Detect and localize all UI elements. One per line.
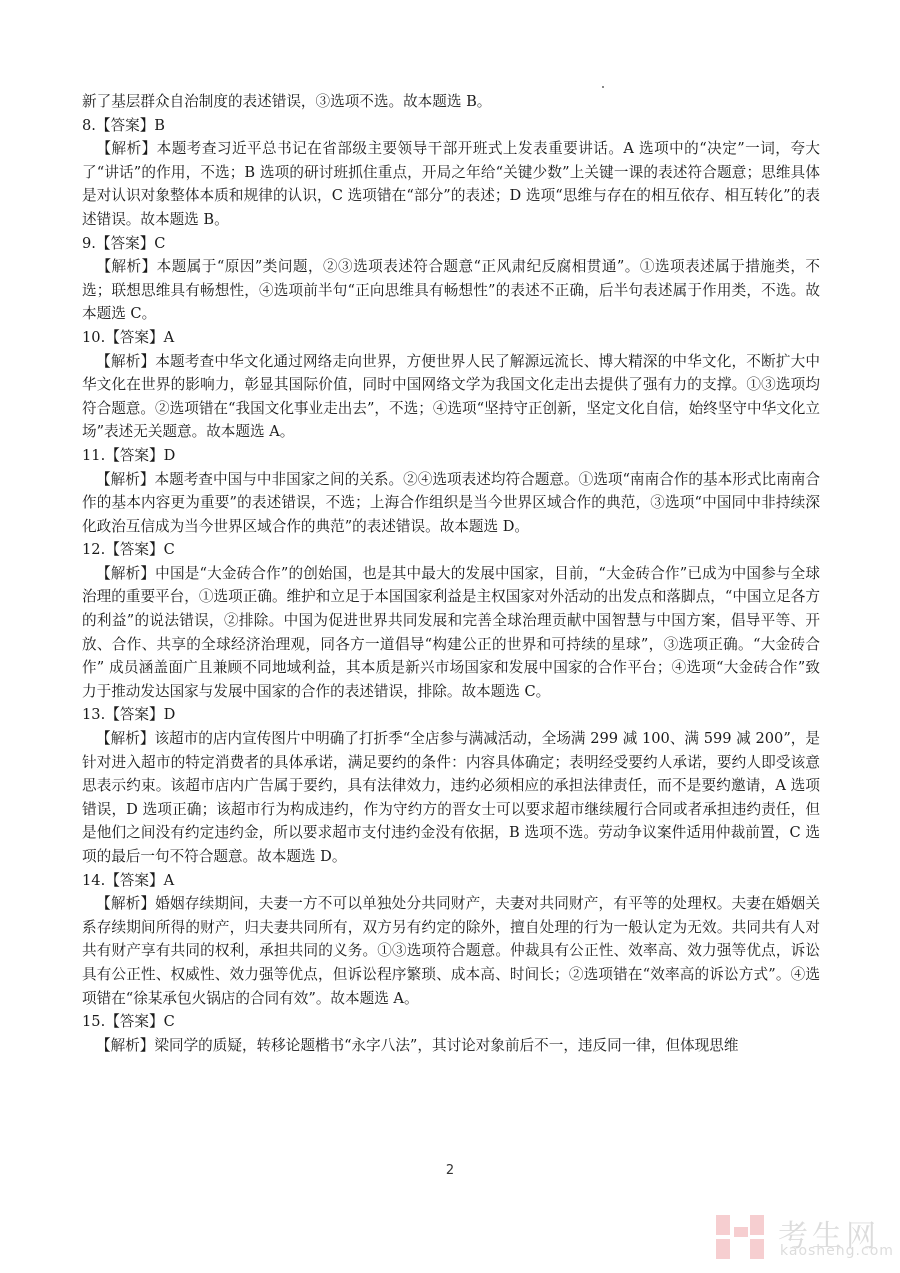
analysis-text: 【解析】本题考查中国与中非国家之间的关系。②④选项表述均符合题意。①选项“南南合… <box>82 468 820 539</box>
answer-label: 12.【答案】C <box>82 538 820 562</box>
intro-line: 新了基层群众自治制度的表述错误，③选项不选。故本题选 B。 <box>82 90 820 114</box>
kaosheng-logo-icon <box>716 1215 764 1259</box>
watermark: 考生网 kaosheng.com <box>712 1215 892 1265</box>
answer-item-13: 13.【答案】D 【解析】该超市的店内宣传图片中明确了打折季“全店参与满减活动，… <box>82 703 820 868</box>
watermark-domain: kaosheng.com <box>780 1243 894 1259</box>
analysis-text: 【解析】中国是“大金砖合作”的创始国，也是其中最大的发展中国家，目前，“大金砖合… <box>82 562 820 704</box>
answer-item-15: 15.【答案】C 【解析】梁同学的质疑，转移论题楷书“永字八法”，其讨论对象前后… <box>82 1010 820 1057</box>
document-body: 新了基层群众自治制度的表述错误，③选项不选。故本题选 B。 8.【答案】B 【解… <box>82 90 820 1057</box>
page-number: 2 <box>0 1163 900 1178</box>
answer-item-10: 10.【答案】A 【解析】本题考查中华文化通过网络走向世界，方便世界人民了解源远… <box>82 326 820 444</box>
answer-item-9: 9.【答案】C 【解析】本题属于“原因”类问题，②③选项表述符合题意“正风肃纪反… <box>82 232 820 326</box>
answer-item-12: 12.【答案】C 【解析】中国是“大金砖合作”的创始国，也是其中最大的发展中国家… <box>82 538 820 703</box>
analysis-text: 【解析】婚姻存续期间，夫妻一方不可以单独处分共同财产，夫妻对共同财产，有平等的处… <box>82 892 820 1010</box>
answer-label: 11.【答案】D <box>82 444 820 468</box>
answer-label: 15.【答案】C <box>82 1010 820 1034</box>
answer-label: 9.【答案】C <box>82 232 820 256</box>
analysis-text: 【解析】梁同学的质疑，转移论题楷书“永字八法”，其讨论对象前后不一，违反同一律，… <box>82 1034 820 1058</box>
answer-label: 8.【答案】B <box>82 114 820 138</box>
stray-mark <box>602 86 604 88</box>
answer-item-11: 11.【答案】D 【解析】本题考查中国与中非国家之间的关系。②④选项表述均符合题… <box>82 444 820 538</box>
answer-label: 13.【答案】D <box>82 703 820 727</box>
analysis-text: 【解析】本题考查习近平总书记在省部级主要领导干部开班式上发表重要讲话。A 选项中… <box>82 137 820 231</box>
answer-item-8: 8.【答案】B 【解析】本题考查习近平总书记在省部级主要领导干部开班式上发表重要… <box>82 114 820 232</box>
answer-label: 10.【答案】A <box>82 326 820 350</box>
answer-label: 14.【答案】A <box>82 869 820 893</box>
analysis-text: 【解析】本题考查中华文化通过网络走向世界，方便世界人民了解源远流长、博大精深的中… <box>82 350 820 444</box>
analysis-text: 【解析】本题属于“原因”类问题，②③选项表述符合题意“正风肃纪反腐相贯通”。①选… <box>82 255 820 326</box>
analysis-text: 【解析】该超市的店内宣传图片中明确了打折季“全店参与满减活动，全场满 299 减… <box>82 727 820 869</box>
answer-item-14: 14.【答案】A 【解析】婚姻存续期间，夫妻一方不可以单独处分共同财产，夫妻对共… <box>82 869 820 1011</box>
